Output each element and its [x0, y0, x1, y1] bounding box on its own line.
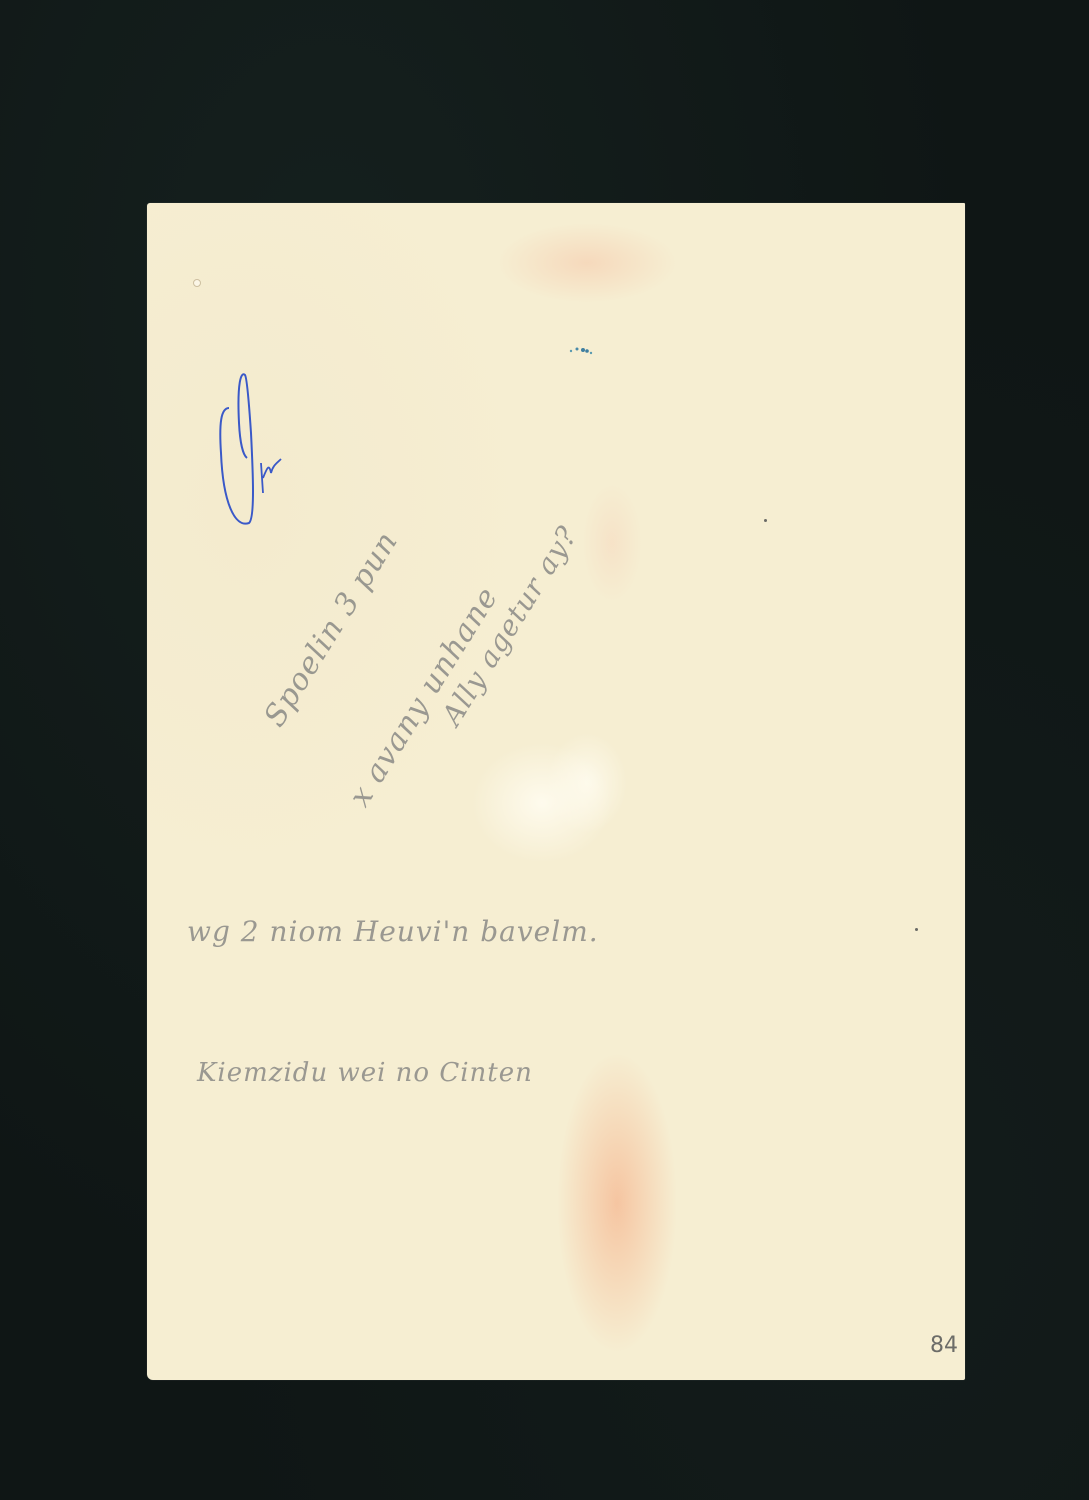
pencil-dot — [764, 519, 767, 522]
pencil-note-line-1: wg 2 niom Heuvi'n bavelm. — [187, 915, 599, 948]
pencil-dot — [915, 928, 918, 931]
photo-card-back: Spoelin 3 pun x avany unhane Ally agetur… — [147, 203, 965, 1380]
page-number: 84 — [930, 1333, 958, 1358]
pencil-note-line-2: Kiemzidu wei no Cinten — [197, 1058, 533, 1088]
blue-ink-initial-icon — [207, 363, 297, 533]
blue-ink-speck — [567, 343, 597, 357]
pencil-note-diagonal-1: Spoelin 3 pun — [257, 525, 405, 733]
pinhole — [193, 279, 201, 287]
